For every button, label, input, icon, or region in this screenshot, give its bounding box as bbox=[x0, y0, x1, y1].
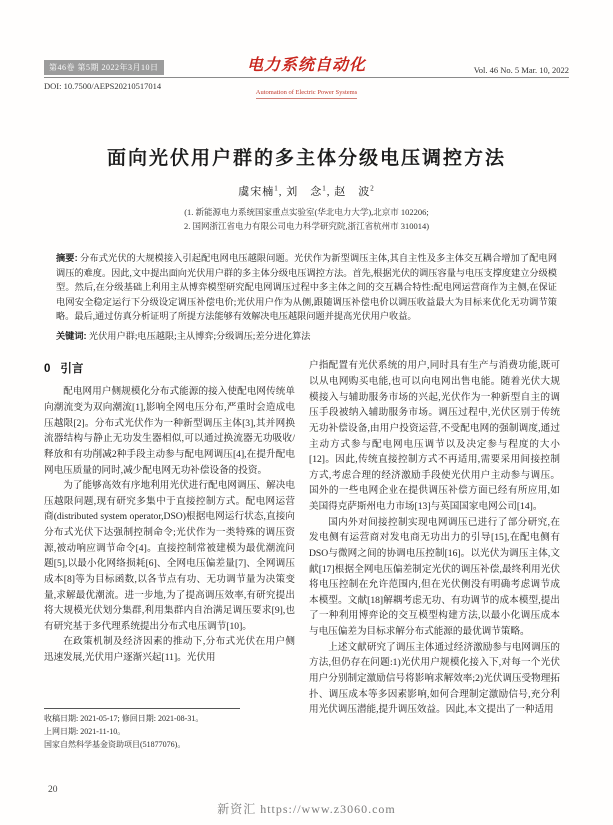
body-paragraph: 上述文献研究了调压主体通过经济激励参与电网调压的方法,但仍存在问题:1)光伏用户… bbox=[309, 640, 560, 718]
right-column: 户指配置有光伏系统的用户,同时具有生产与消费功能,既可以从电网购买电能,也可以向… bbox=[309, 358, 560, 751]
journal-logo-en-wrap: Automation of Electric Power Systems bbox=[219, 81, 394, 99]
section-heading: 0引言 bbox=[44, 360, 295, 376]
author: 刘 念1 bbox=[286, 186, 327, 198]
body-paragraph: 在政策机制及经济因素的推动下,分布式光伏在用户侧迅速发展,光伏用户逐渐兴起[11… bbox=[44, 634, 295, 665]
keywords-label: 关键词: bbox=[56, 331, 87, 341]
author-separator: , bbox=[327, 186, 331, 198]
section-title: 引言 bbox=[60, 363, 83, 375]
footnote-line: 国家自然科学基金资助项目(51877076)。 bbox=[44, 739, 295, 752]
issue-badge: 第46卷 第5期 2022年3月10日 bbox=[44, 60, 164, 75]
body-paragraph: 配电网用户侧规模化分布式能源的接入使配电网传统单向潮流变为双向潮流[1],影响全… bbox=[44, 384, 295, 478]
affiliation-line: (1. 新能源电力系统国家重点实验室(华北电力大学),北京市 102206; bbox=[0, 206, 613, 220]
author: 虞宋楠1 bbox=[238, 186, 279, 198]
issue-badge-wrap: 第46卷 第5期 2022年3月10日 bbox=[44, 57, 219, 75]
watermark: 新资汇 https://www.z3060.com bbox=[0, 800, 613, 817]
abstract-text: 分布式光伏的大规模接入引起配电网电压越限问题。光伏作为新型调压主体,其自主性及多… bbox=[56, 253, 557, 321]
body-paragraph: 为了能够高效有序地利用光伏进行配电网调压、解决电压越限问题,现有研究多集中于直接… bbox=[44, 478, 295, 634]
abstract: 摘要: 分布式光伏的大规模接入引起配电网电压越限问题。光伏作为新型调压主体,其自… bbox=[56, 251, 557, 324]
keywords-text: 光伏用户群;电压越限;主从博弈;分级调压;差分进化算法 bbox=[89, 331, 311, 341]
journal-logo-en: Automation of Electric Power Systems bbox=[256, 89, 357, 99]
header-rule bbox=[44, 77, 569, 78]
body-paragraph: 国内外对间接控制实现电网调压已进行了部分研究,在发电侧有运营商对发电商无功出力的… bbox=[309, 515, 560, 640]
volume-info: Vol. 46 No. 5 Mar. 10, 2022 bbox=[394, 65, 569, 75]
doi-text: DOI: 10.7500/AEPS20210517014 bbox=[44, 81, 219, 91]
abstract-block: 摘要: 分布式光伏的大规模接入引起配电网电压越限问题。光伏作为新型调压主体,其自… bbox=[56, 251, 557, 343]
footnote-line: 上网日期: 2021-11-10。 bbox=[44, 726, 295, 739]
abstract-label: 摘要: bbox=[56, 253, 78, 263]
section-number: 0 bbox=[44, 363, 50, 375]
page-number: 20 bbox=[48, 785, 58, 795]
left-column: 0引言 配电网用户侧规模化分布式能源的接入使配电网传统单向潮流变为双向潮流[1]… bbox=[44, 358, 295, 751]
footnote-block: 收稿日期: 2021-05-17; 修回日期: 2021-08-31。 上网日期… bbox=[44, 704, 295, 751]
journal-header: 第46卷 第5期 2022年3月10日 电力系统自动化 Vol. 46 No. … bbox=[44, 52, 569, 99]
body-columns: 0引言 配电网用户侧规模化分布式能源的接入使配电网传统单向潮流变为双向潮流[1]… bbox=[44, 358, 569, 751]
affiliations: (1. 新能源电力系统国家重点实验室(华北电力大学),北京市 102206; 2… bbox=[0, 206, 613, 233]
author-superscript: 2 bbox=[370, 184, 375, 192]
footnote-rule bbox=[44, 708, 240, 709]
author: 赵 波2 bbox=[334, 186, 375, 198]
keywords: 关键词: 光伏用户群;电压越限;主从博弈;分级调压;差分进化算法 bbox=[56, 329, 557, 344]
footnote-line: 收稿日期: 2021-05-17; 修回日期: 2021-08-31。 bbox=[44, 713, 295, 726]
authors-line: 虞宋楠1, 刘 念1, 赵 波2 bbox=[0, 183, 613, 199]
affiliation-line: 2. 国网浙江省电力有限公司电力科学研究院,浙江省杭州市 310014) bbox=[0, 220, 613, 234]
paper-page: 第46卷 第5期 2022年3月10日 电力系统自动化 Vol. 46 No. … bbox=[0, 0, 613, 825]
body-paragraph: 户指配置有光伏系统的用户,同时具有生产与消费功能,既可以从电网购买电能,也可以向… bbox=[309, 358, 560, 514]
author-separator: , bbox=[279, 186, 283, 198]
journal-logo-cn: 电力系统自动化 bbox=[219, 52, 394, 75]
paper-title: 面向光伏用户群的多主体分级电压调控方法 bbox=[40, 143, 573, 170]
